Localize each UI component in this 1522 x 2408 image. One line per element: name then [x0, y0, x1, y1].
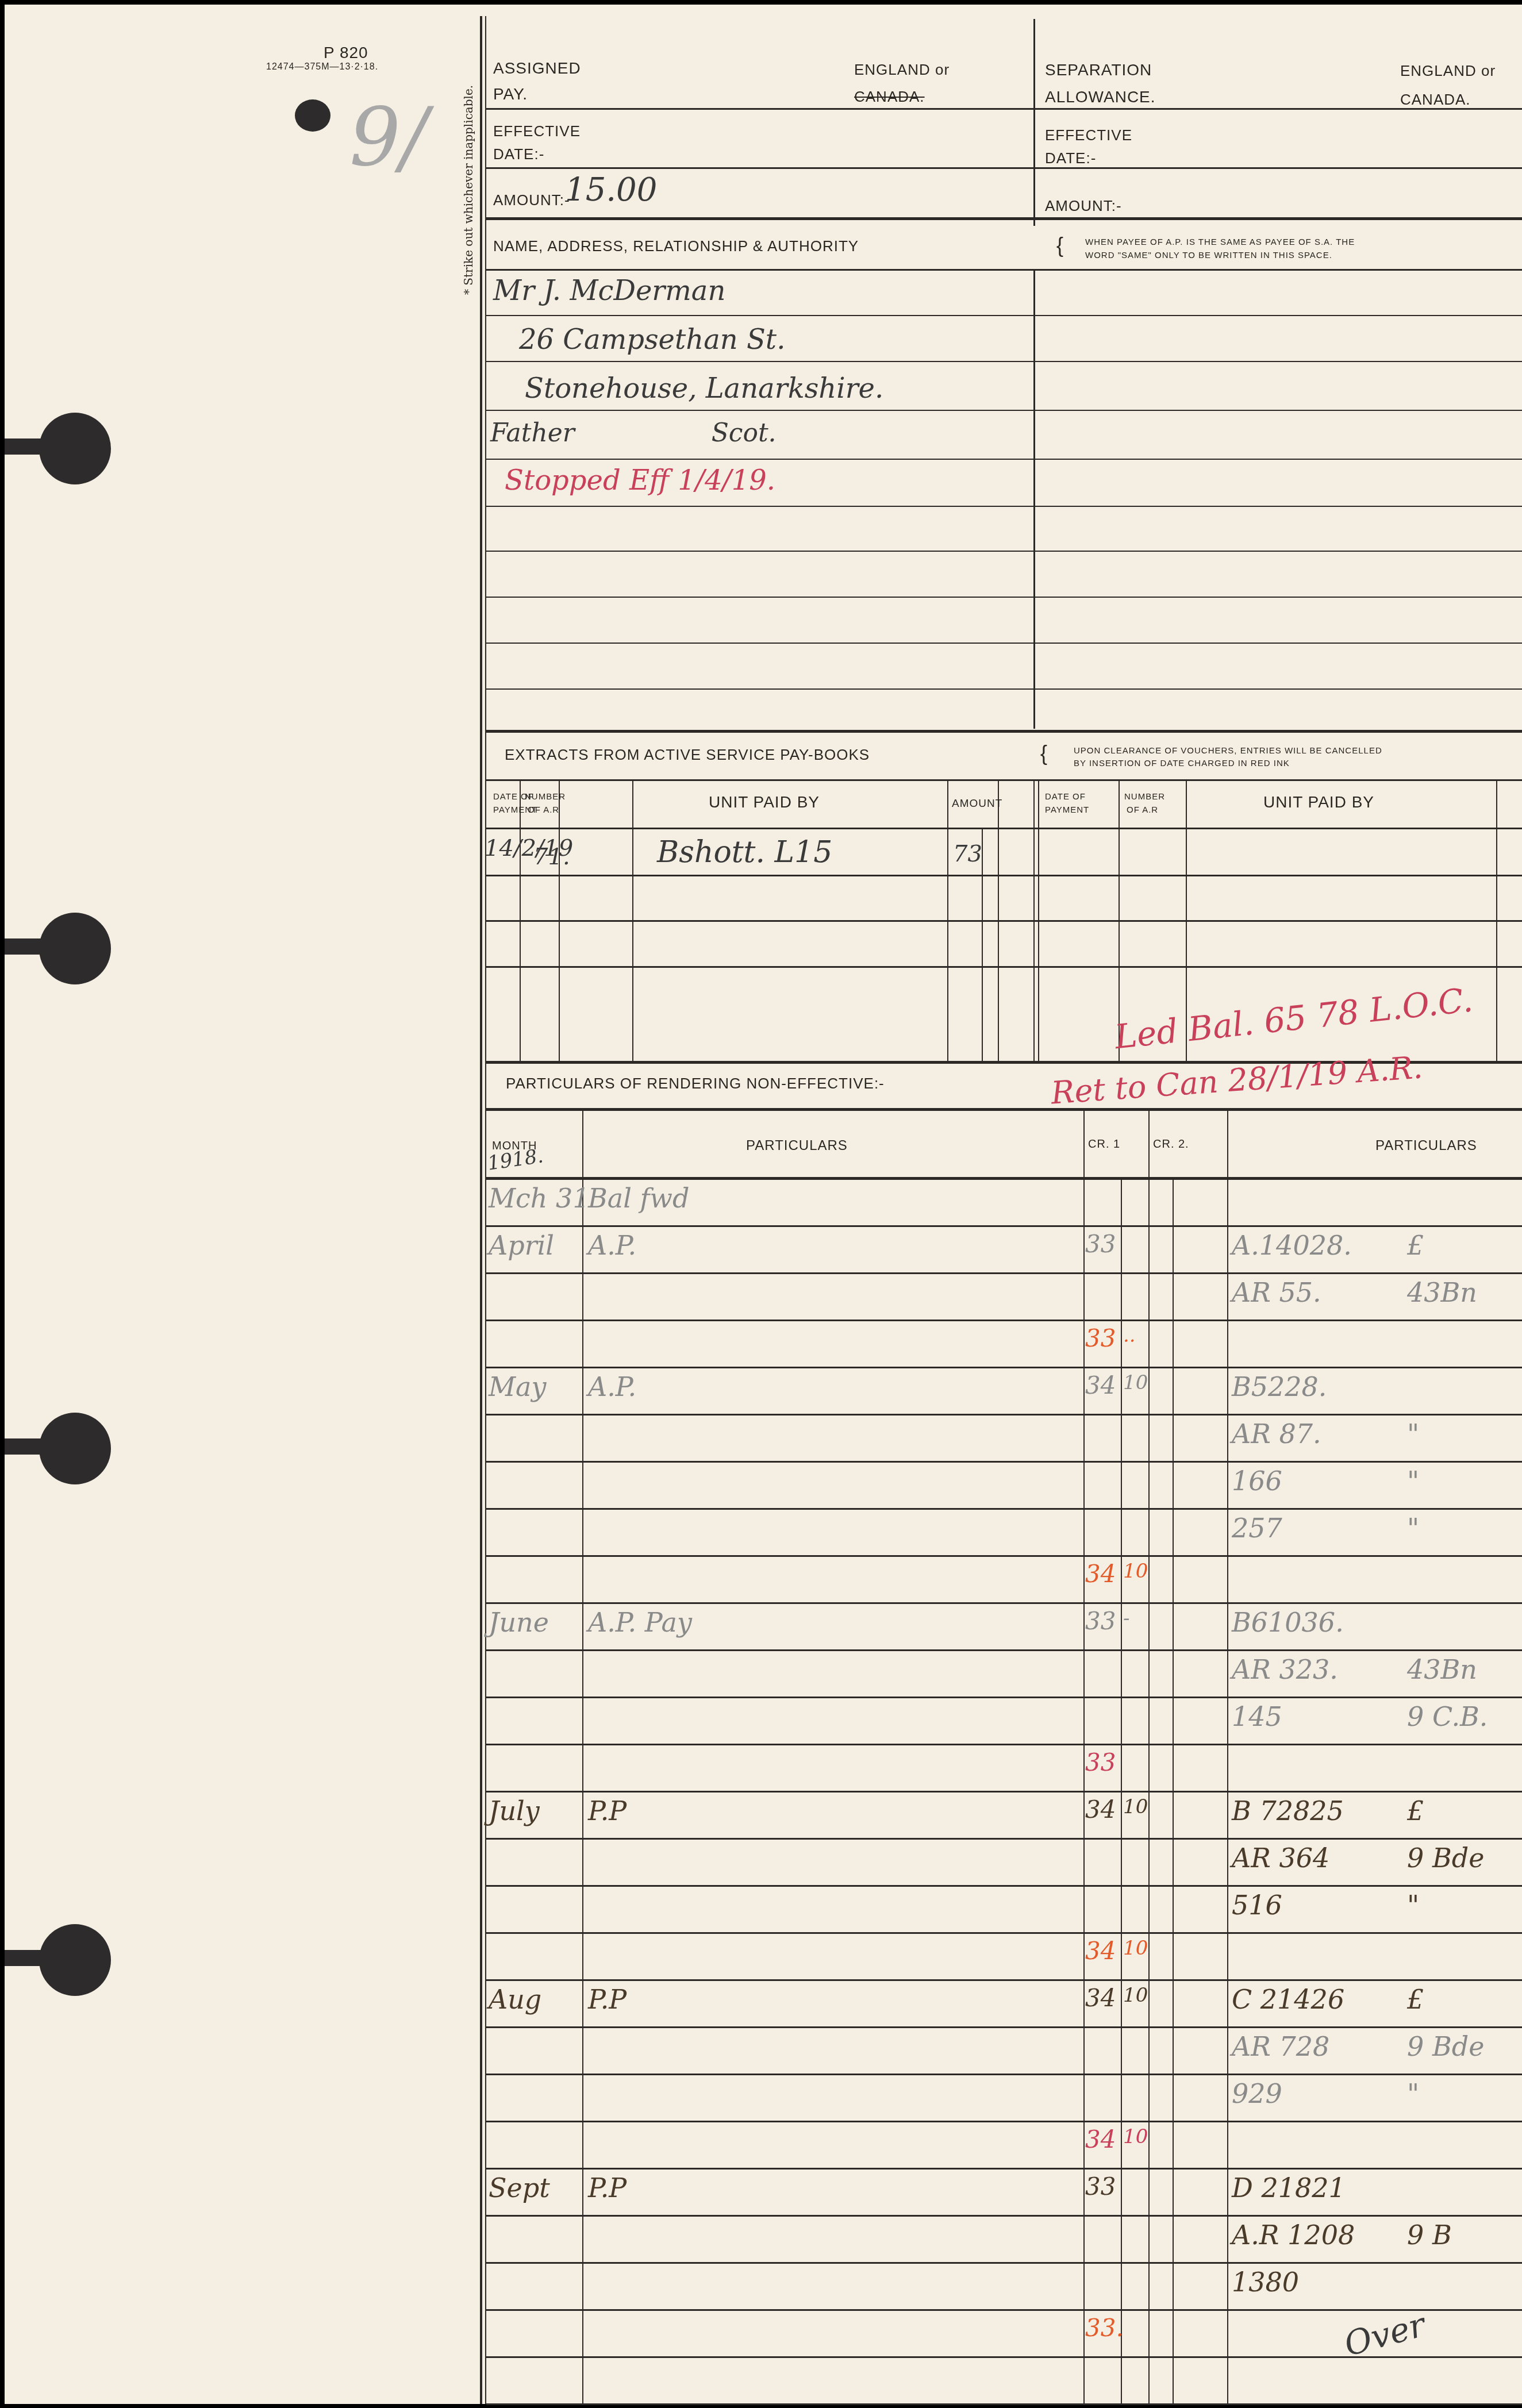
rule — [486, 361, 1522, 362]
form-left-border — [480, 16, 482, 2404]
ledger-cr1: 33 — [1085, 2172, 1116, 2201]
rule — [486, 966, 1522, 968]
ledger-particulars-right: 166 — [1232, 1465, 1282, 1497]
rule — [486, 108, 1522, 110]
ledger-particulars-right-tail: 9 C.B. — [1407, 1701, 1488, 1732]
rule — [486, 1697, 1522, 1698]
extracts-note-2: BY INSERTION OF DATE CHARGED IN RED INK — [1074, 759, 1290, 768]
ledger-particulars-right-tail: £ — [1407, 1795, 1424, 1826]
print-reference: 12474—375M—13·2·18. — [266, 62, 378, 72]
col-rule — [1148, 1108, 1150, 2404]
ledger-cr1-sub: 10 — [1123, 1937, 1148, 1960]
ledger-particulars-right: 257 — [1232, 1513, 1282, 1544]
ledger-particulars-right: 929 — [1232, 2078, 1282, 2109]
rule — [486, 1885, 1522, 1887]
ledger-particulars-right-tail: 9 B — [1407, 2219, 1452, 2251]
ledger-cr1-sub: .. — [1123, 1324, 1136, 1347]
ledger-particulars: P.P — [588, 1984, 627, 2015]
rule — [486, 1177, 1522, 1180]
margin-note: * Strike out whichever inapplicable. — [462, 85, 475, 295]
punch-hole — [295, 99, 330, 132]
divider — [1033, 269, 1035, 729]
ledger-cr1: 34 — [1085, 1560, 1116, 1588]
ledger-cr1-sub: - — [1123, 1607, 1130, 1630]
rule — [486, 1367, 1522, 1368]
ledger-cr1: 33 — [1085, 1324, 1116, 1352]
ledger-cr1-sub: 10 — [1123, 1984, 1148, 2007]
rule — [486, 643, 1522, 644]
ledger-balance-note: Led Bal. 65 78 L.O.C. — [1113, 980, 1474, 1056]
ledger-particulars-right: A.14028. — [1232, 1230, 1352, 1261]
rule — [486, 459, 1522, 460]
ledger-cr1: 34 — [1085, 1795, 1116, 1824]
binder-hole — [39, 1924, 111, 1996]
col-unit-paid-by: UNIT PAID BY — [709, 793, 820, 811]
col-rule — [1083, 1108, 1085, 2404]
assigned-pay-label: ASSIGNED — [493, 59, 581, 78]
form-code: P 820 — [324, 44, 368, 62]
rule — [486, 2074, 1522, 2075]
ledger-particulars-right: B 72825 — [1232, 1795, 1344, 1826]
extract-amount: 73 — [953, 841, 982, 867]
rule — [486, 1791, 1522, 1792]
ledger-particulars-right-tail: " — [1407, 2078, 1419, 2109]
divider — [1033, 19, 1035, 226]
rule — [486, 167, 1522, 169]
ledger-cr1: 34 — [1085, 2125, 1116, 2153]
col-rule — [632, 779, 633, 1061]
ledger-month: April — [489, 1230, 554, 1261]
pencil-mark: 9/ — [349, 91, 428, 184]
col-rule — [520, 779, 521, 1061]
rule — [486, 410, 1522, 411]
ledger-particulars-right: AR 323. — [1232, 1654, 1338, 1685]
payee-street: 26 Campsethan St. — [519, 324, 785, 356]
ledger-cr1: 34 — [1085, 1371, 1116, 1399]
rule — [486, 1414, 1522, 1415]
payee-name: Mr J. McDerman — [493, 275, 725, 307]
brace: { — [1056, 233, 1064, 257]
ledger-cr1: 33 — [1085, 1230, 1116, 1258]
ledger-cr1: 34 — [1085, 1984, 1116, 2012]
ledger-month: Aug — [489, 1984, 541, 2015]
ledger-cr1-sub: 10 — [1123, 1371, 1148, 1394]
rule — [486, 1320, 1522, 1321]
ledger-particulars-right-tail: 9 Bde — [1407, 1842, 1484, 1874]
col-number-ar-right: NUMBER — [1124, 792, 1165, 802]
effective-date-label-2: DATE:- — [493, 145, 544, 163]
rule — [486, 597, 1522, 598]
col-rule — [947, 779, 948, 1061]
extracts-header: EXTRACTS FROM ACTIVE SERVICE PAY-BOOKS — [505, 746, 870, 764]
ledger-particulars-right: 516 — [1232, 1890, 1282, 1921]
ledger-cr1-sub: 10 — [1123, 1560, 1148, 1583]
col-particulars-right: PARTICULARS — [1375, 1138, 1477, 1154]
rule — [486, 1979, 1522, 1981]
binder-hole-tab — [5, 938, 45, 955]
ledger-particulars-right: B5228. — [1232, 1371, 1327, 1402]
amount-label: AMOUNT:- — [493, 191, 570, 209]
ledger-particulars-right-tail: 43Bn — [1407, 1654, 1477, 1685]
rule — [486, 2403, 1522, 2405]
rule — [486, 2262, 1522, 2264]
col-cr2: CR. 2. — [1153, 1138, 1189, 1151]
col-rule — [1496, 779, 1497, 1061]
col-number-ar: NUMBER — [525, 792, 566, 802]
non-effective-label: PARTICULARS OF RENDERING NON-EFFECTIVE:- — [506, 1075, 885, 1093]
ledger-cr1-sub: 10 — [1123, 2125, 1148, 2148]
binder-hole-tab — [5, 438, 45, 455]
col-rule — [1038, 779, 1039, 1061]
ledger-month: Mch 31 — [489, 1183, 590, 1214]
ledger-month: June — [489, 1607, 549, 1638]
sa-amount-label: AMOUNT:- — [1045, 197, 1122, 215]
col-unit-paid-by-right: UNIT PAID BY — [1263, 793, 1374, 811]
col-date-of-payment-right: DATE OF — [1045, 792, 1086, 802]
ledger-particulars-right-tail: " — [1407, 1418, 1419, 1449]
col-particulars: PARTICULARS — [746, 1138, 848, 1154]
rule — [486, 506, 1522, 507]
col-amount: AMOUNT — [952, 798, 1002, 810]
separation-allowance-label-2: ALLOWANCE. — [1045, 88, 1156, 106]
rule — [486, 828, 1522, 829]
ledger-cr1: 33. — [1085, 2314, 1124, 2342]
rule — [486, 730, 1522, 733]
ledger-particulars-right-tail: 43Bn — [1407, 1277, 1477, 1308]
rule — [486, 2215, 1522, 2217]
rule — [486, 217, 1522, 220]
rule — [486, 1744, 1522, 1745]
rule — [486, 2121, 1522, 2122]
rule — [486, 1508, 1522, 1510]
rule — [486, 1225, 1522, 1227]
ledger-month: July — [489, 1795, 540, 1826]
binder-hole — [39, 413, 111, 484]
ledger-cr1: 33 — [1085, 1607, 1116, 1635]
col-rule — [559, 779, 560, 1061]
rule — [486, 1461, 1522, 1463]
ledger-cr1: 34 — [1085, 1937, 1116, 1965]
name-section-note-2: WORD "SAME" ONLY TO BE WRITTEN IN THIS S… — [1085, 251, 1332, 260]
ledger-particulars: P.P — [588, 1795, 627, 1826]
col-rule — [582, 1108, 583, 2404]
ledger-particulars-right: 145 — [1232, 1701, 1282, 1732]
sa-effective-label-2: DATE:- — [1045, 149, 1096, 167]
assigned-pay-label-2: PAY. — [493, 85, 528, 103]
col-rule — [998, 779, 999, 1061]
rule — [486, 2168, 1522, 2169]
payee-town: Stonehouse, Lanarkshire. — [525, 372, 883, 405]
form-page: P 820 12474—375M—13·2·18. 9/ * Strike ou… — [5, 5, 1522, 2404]
form-left-border-inner — [485, 16, 486, 2404]
sa-country-england: ENGLAND or — [1400, 62, 1496, 80]
ledger-particulars-right: AR 364 — [1232, 1842, 1329, 1874]
ledger-particulars-right: AR 87. — [1232, 1418, 1321, 1449]
amount-value: 15.00 — [565, 171, 657, 209]
rule — [486, 1838, 1522, 1840]
name-section-header: NAME, ADDRESS, RELATIONSHIP & AUTHORITY — [493, 237, 859, 255]
rule — [486, 2026, 1522, 2028]
ledger-particulars: P.P — [588, 2172, 627, 2203]
sa-country-canada: CANADA. — [1400, 91, 1471, 109]
rule — [486, 688, 1522, 690]
rule — [486, 1108, 1522, 1111]
col-rule — [1227, 1108, 1228, 2404]
rule — [486, 920, 1522, 922]
extract-number: 71. — [533, 844, 570, 870]
ledger-month: May — [489, 1371, 547, 1402]
col-number-ar-2: OF A.R — [528, 805, 559, 815]
ledger-cr1: 33 — [1085, 1748, 1116, 1776]
rule — [486, 551, 1522, 552]
binder-hole — [39, 1413, 111, 1484]
rule — [486, 1649, 1522, 1651]
ledger-particulars-right: A.R 1208 — [1232, 2219, 1355, 2251]
rule — [486, 875, 1522, 876]
binder-hole — [39, 913, 111, 984]
ledger-particulars-right: C 21426 — [1232, 1984, 1344, 2015]
ledger-particulars-right: AR 55. — [1232, 1277, 1321, 1308]
ledger-cr1-sub: 10 — [1123, 1795, 1148, 1818]
ledger-particulars-right-tail: 9 Bde — [1407, 2031, 1484, 2062]
extract-unit: Bshott. L15 — [657, 835, 832, 870]
ledger-particulars-right-tail: £ — [1407, 1984, 1424, 2015]
binder-hole-tab — [5, 1950, 45, 1966]
rule — [486, 1555, 1522, 1557]
ledger-month: Sept — [489, 2172, 550, 2203]
ledger-particulars-right-tail: " — [1407, 1513, 1419, 1544]
country-canada-struck: CANADA. — [854, 88, 925, 106]
rule — [486, 1602, 1522, 1604]
ledger-particulars-right: 1380 — [1232, 2267, 1299, 2298]
over-note: Over — [1340, 2305, 1429, 2364]
ledger-particulars-right-tail: " — [1407, 1465, 1419, 1497]
rule — [486, 2309, 1522, 2311]
rule — [486, 779, 1522, 781]
ledger-particulars: A.P. — [588, 1371, 636, 1402]
ledger-particulars-right: D 21821 — [1232, 2172, 1346, 2203]
col-number-ar-right-2: OF A.R — [1127, 805, 1158, 815]
stopped-note: Stopped Eff 1/4/19. — [505, 464, 775, 497]
rule — [486, 1272, 1522, 1274]
name-section-note: WHEN PAYEE OF A.P. IS THE SAME AS PAYEE … — [1085, 237, 1355, 247]
sa-effective-label: EFFECTIVE — [1045, 126, 1132, 144]
ledger-particulars: A.P. Pay — [588, 1607, 692, 1638]
rule — [486, 269, 1522, 271]
country-england: ENGLAND or — [854, 61, 950, 79]
col-cr1: CR. 1 — [1088, 1138, 1120, 1151]
rule — [486, 315, 1522, 316]
extracts-note: UPON CLEARANCE OF VOUCHERS, ENTRIES WILL… — [1074, 746, 1382, 756]
ledger-particulars: A.P. — [588, 1230, 636, 1261]
rule — [486, 1932, 1522, 1934]
col-date-of-payment-right-2: PAYMENT — [1045, 805, 1089, 815]
ledger-particulars-right-tail: £ — [1407, 1230, 1424, 1261]
ledger-particulars-right-tail: " — [1407, 1890, 1419, 1921]
payee-relationship: Father Scot. — [490, 418, 777, 448]
col-rule — [1033, 779, 1035, 1061]
binder-hole-tab — [5, 1438, 45, 1455]
ledger-particulars-right: AR 728 — [1232, 2031, 1329, 2062]
effective-date-label: EFFECTIVE — [493, 122, 581, 140]
non-effective-value: Ret to Can 28/1/19 A.R. — [1050, 1049, 1424, 1111]
separation-allowance-label: SEPARATION — [1045, 61, 1152, 79]
ledger-particulars: Bal fwd — [588, 1183, 689, 1214]
ledger-particulars-right: B61036. — [1232, 1607, 1344, 1638]
brace: { — [1040, 741, 1048, 766]
